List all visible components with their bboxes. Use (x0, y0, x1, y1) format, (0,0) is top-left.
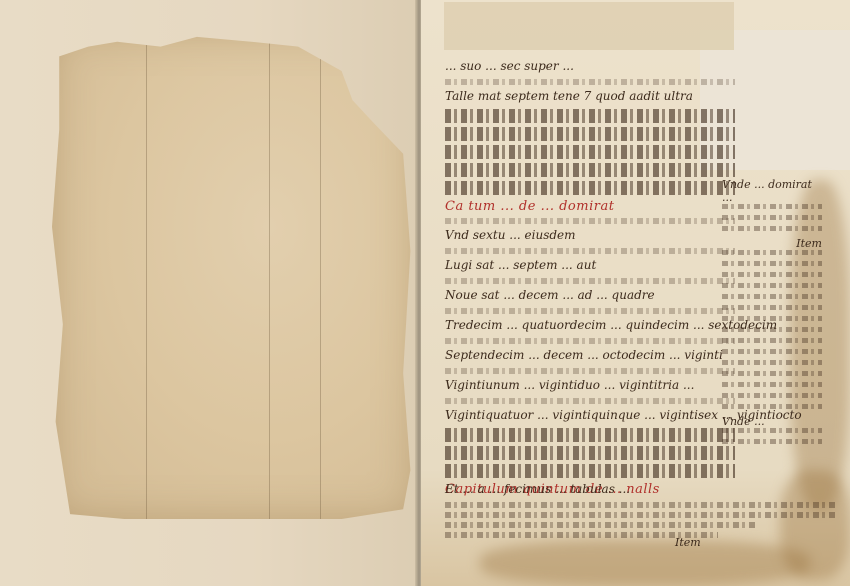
margin-line (722, 349, 822, 354)
text-line (445, 127, 735, 141)
text-line (445, 502, 835, 508)
text-heading: Tredecim ... quatuordecim ... quindecim … (445, 318, 735, 332)
text-line (445, 181, 735, 195)
margin-line (722, 404, 822, 409)
margin-note: Vnde ... domirat ... (722, 178, 822, 204)
text-heading: ... suo ... sec super ... (445, 59, 735, 73)
gloss-line (445, 338, 735, 344)
margin-line (722, 371, 822, 376)
rubric-heading: Ca tum ... de ... domirat (445, 199, 735, 214)
text-heading: Lugi sat ... septem ... aut (445, 258, 735, 272)
final-paragraph: Et ... a ... fecimus ... tabulas ... Ite… (445, 478, 835, 542)
margin-line (722, 283, 822, 288)
water-stain (480, 540, 810, 586)
margin-note: Item (722, 237, 822, 250)
gloss-line (445, 278, 735, 284)
damaged-fragment (52, 32, 414, 519)
margin-line (722, 393, 822, 398)
text-line (445, 163, 735, 177)
gloss-line (445, 218, 735, 224)
margin-line (722, 360, 822, 365)
gloss-line (445, 308, 735, 314)
margin-line (722, 272, 822, 277)
text-heading: Noue sat ... decem ... ad ... quadre (445, 288, 735, 302)
main-text-column: ... suo ... sec super ... Talle mat sept… (445, 55, 735, 501)
margin-line (722, 261, 822, 266)
text-heading: Et ... a ... fecimus ... tabulas ... (445, 482, 835, 496)
text-heading: Septendecim ... decem ... octodecim ... … (445, 348, 735, 362)
margin-line (722, 204, 822, 209)
ruling-line (320, 32, 321, 519)
text-line (445, 109, 735, 123)
text-line (445, 446, 735, 460)
text-line (445, 145, 735, 159)
text-heading: Vigintiquatuor ... vigintiquinque ... vi… (445, 408, 735, 422)
gloss-line (445, 248, 735, 254)
margin-line (722, 215, 822, 220)
text-line (445, 512, 835, 518)
text-heading: Vnd sextu ... eiusdem (445, 228, 735, 242)
gloss-line (445, 368, 735, 374)
margin-line (722, 439, 822, 444)
margin-note: Vnde ... (722, 415, 822, 428)
ruling-line (269, 32, 270, 519)
margin-line (722, 316, 822, 321)
margin-line (722, 327, 822, 332)
margin-line (722, 294, 822, 299)
text-line (445, 464, 735, 478)
ruling-line (146, 32, 147, 519)
manuscript-spread: ... suo ... sec super ... Talle mat sept… (0, 0, 850, 586)
gloss-line (445, 79, 735, 85)
text-heading: Talle mat septem tene 7 quod aadit ultra (445, 89, 735, 103)
text-line (445, 522, 757, 528)
margin-line (722, 305, 822, 310)
margin-line (722, 382, 822, 387)
margin-line (722, 338, 822, 343)
margin-notes-column: Vnde ... domirat ... Item Vnde ... (722, 178, 822, 518)
left-page (0, 0, 418, 586)
margin-note: Item (675, 536, 701, 549)
gloss-line (445, 398, 735, 404)
margin-line (722, 226, 822, 231)
top-fragment-strip (444, 2, 734, 50)
text-heading: Vigintiunum ... vigintiduo ... vigintitr… (445, 378, 735, 392)
margin-line (722, 428, 822, 433)
text-line (445, 428, 735, 442)
margin-line (722, 250, 822, 255)
